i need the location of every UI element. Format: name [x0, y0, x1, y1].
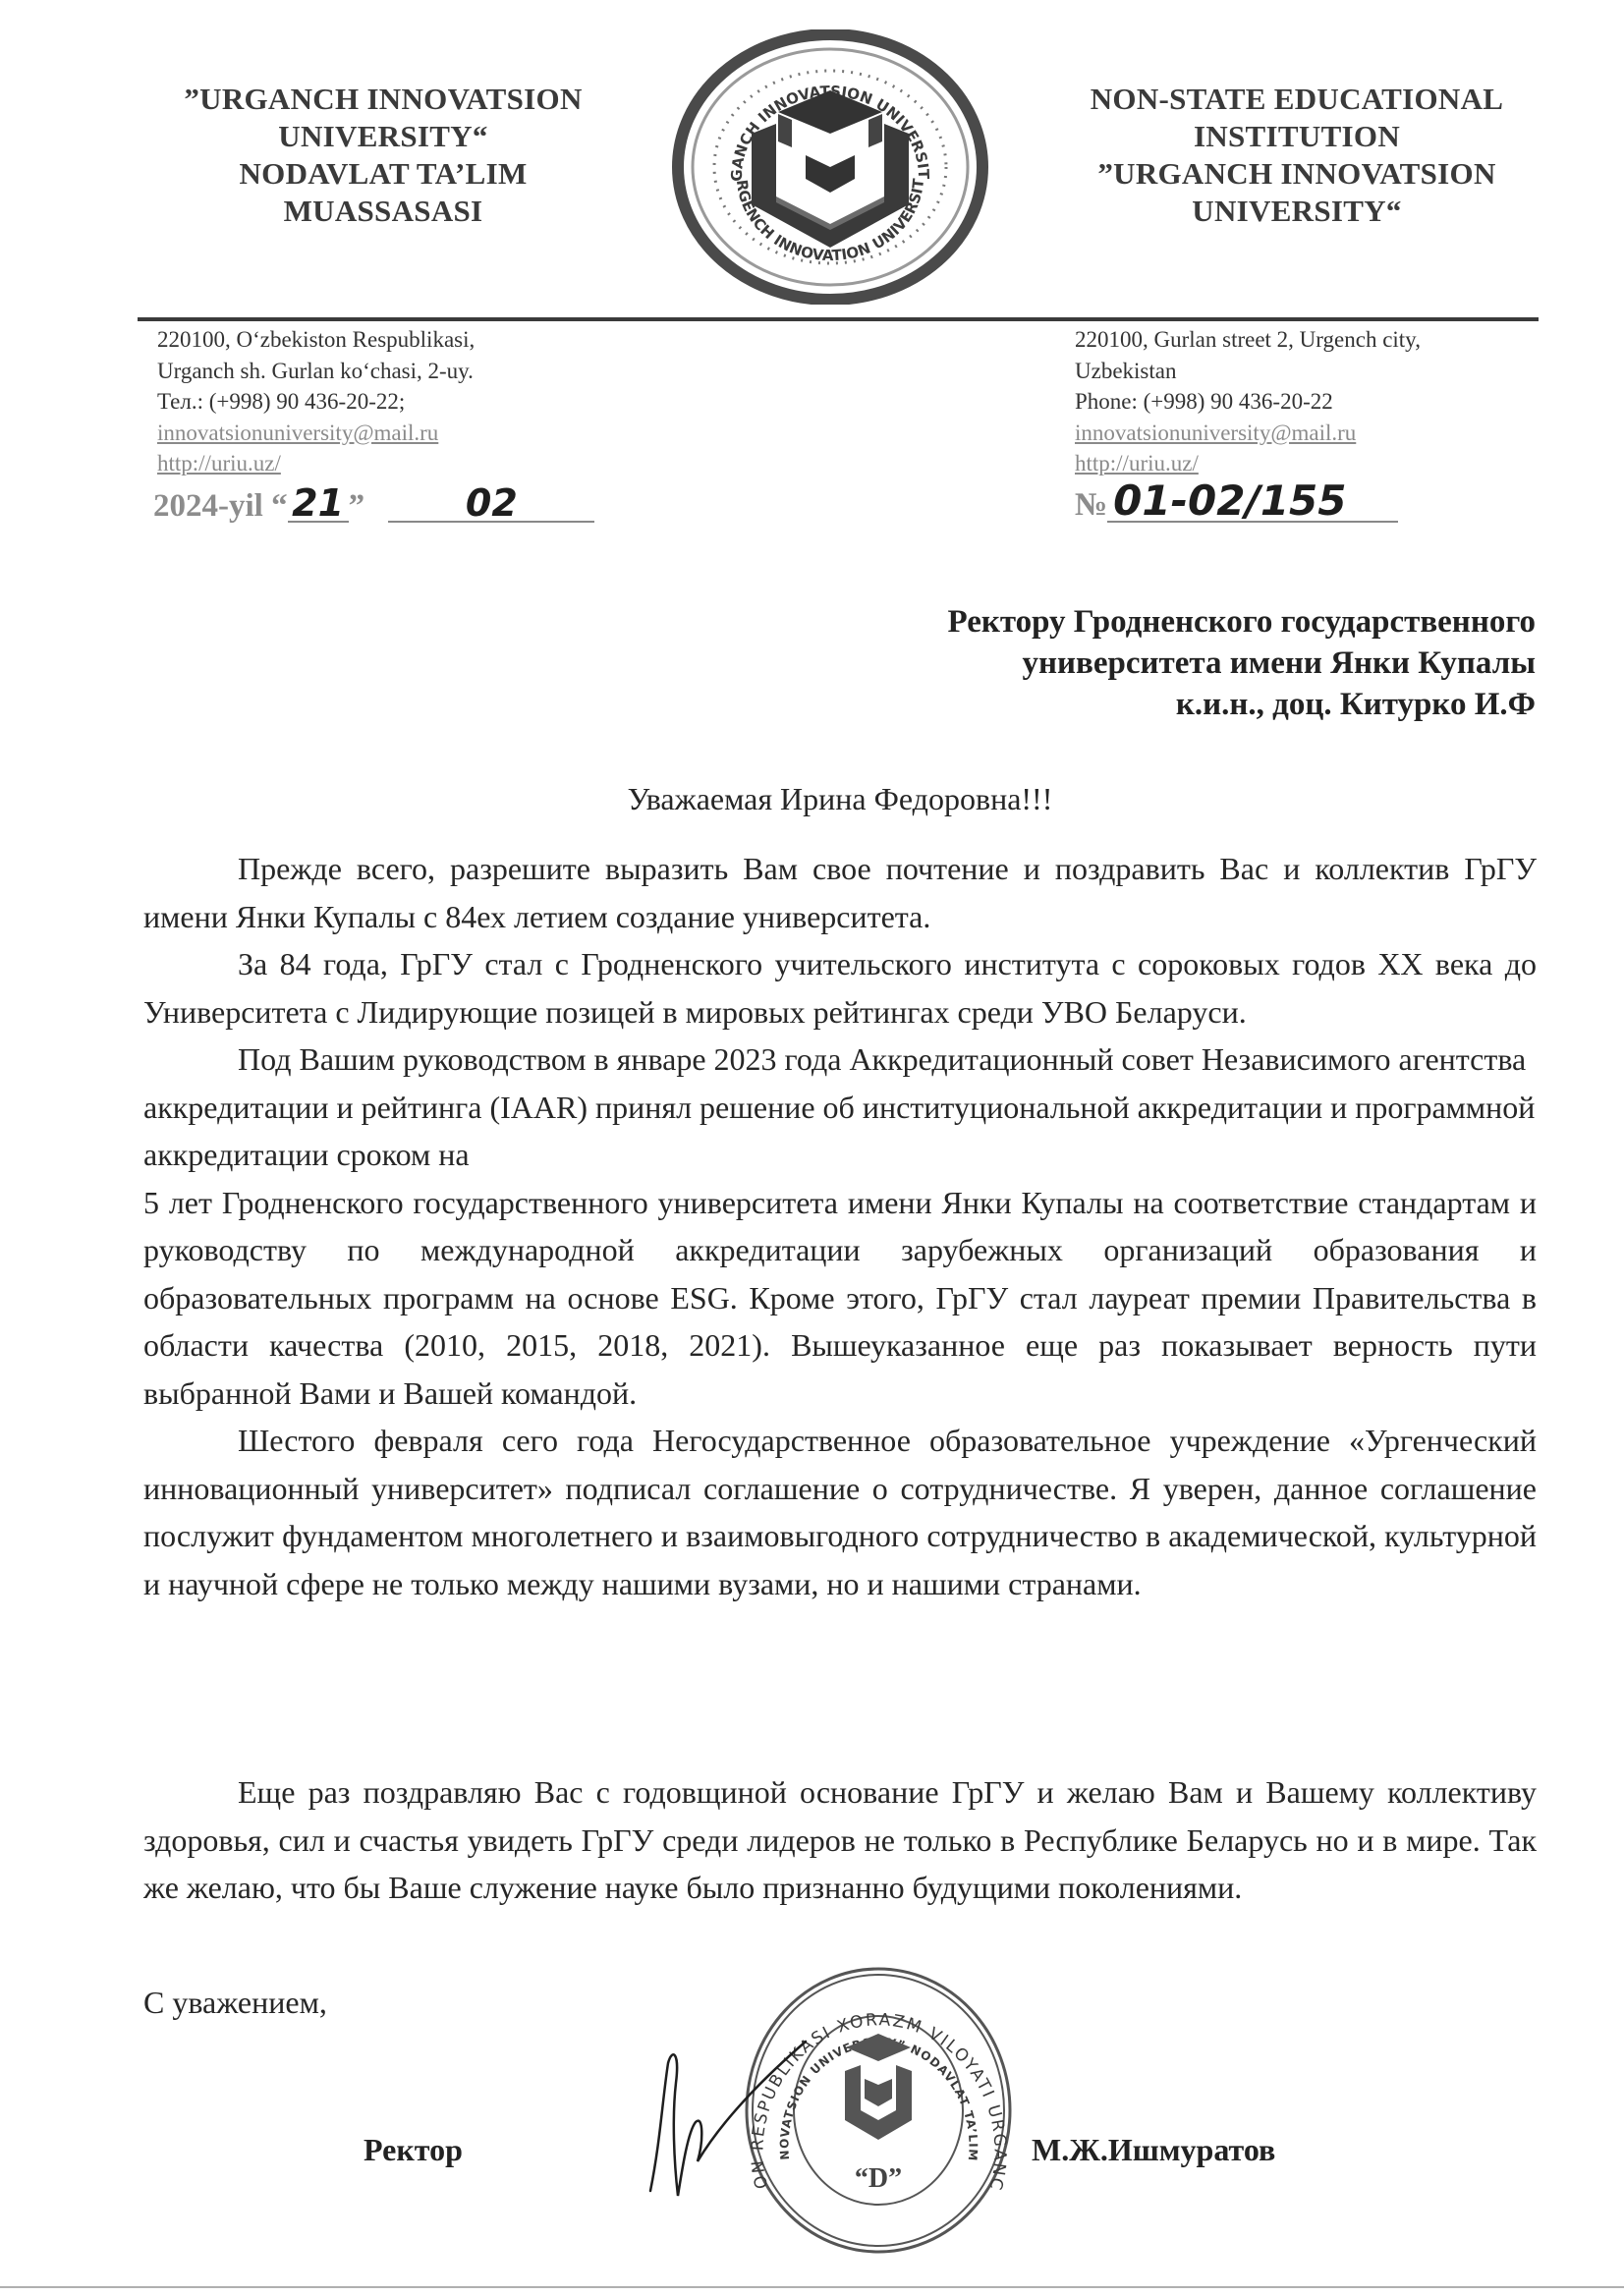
letterhead-right-line: UNIVERSITY“ — [1041, 193, 1552, 230]
letter-body: Прежде всего, разрешите выразить Вам сво… — [143, 845, 1537, 1607]
page-bottom-edge — [0, 2286, 1624, 2288]
date-day: 21 — [288, 485, 349, 523]
paragraph: За 84 года, ГрГУ стал с Гродненского учи… — [143, 940, 1537, 1036]
paragraph: 5 лет Гродненского государственного унив… — [143, 1179, 1537, 1418]
letterhead-left-line: MUASSASASI — [138, 193, 629, 230]
reference-number: №01-02/155 — [1075, 481, 1398, 524]
email-link[interactable]: innovatsionuniversity@mail.ru — [157, 420, 438, 445]
website-link[interactable]: http://uriu.uz/ — [157, 451, 281, 476]
letterhead-left-line: NODAVLAT TA’LIM — [138, 155, 629, 193]
svg-text:“D”: “D” — [855, 2163, 902, 2194]
paragraph: Шестого февраля сего года Негосударствен… — [143, 1417, 1537, 1607]
letterhead-left-line: ”URGANCH INNOVATSION — [138, 81, 629, 118]
address-right: 220100, Gurlan street 2, Urgench city, U… — [1075, 324, 1546, 479]
closing: С уважением, — [143, 1985, 327, 2021]
letter-body-closing-paragraph: Еще раз поздравляю Вас с годовщиной осно… — [143, 1768, 1537, 1912]
address-line: Urganch sh. Gurlan ko‘chasi, 2-uy. — [157, 356, 668, 387]
date-month: 02 — [388, 485, 594, 523]
signatory-name: М.Ж.Ишмуратов — [1032, 2132, 1275, 2168]
letterhead-right-line: INSTITUTION — [1041, 118, 1552, 155]
paragraph: Еще раз поздравляю Вас с годовщиной осно… — [143, 1768, 1537, 1912]
letterhead-right-line: NON-STATE EDUCATIONAL — [1041, 81, 1552, 118]
reference-value: 01-02/155 — [1107, 481, 1398, 523]
letterhead-right-line: ”URGANCH INNOVATSION — [1041, 155, 1552, 193]
website-link[interactable]: http://uriu.uz/ — [1075, 451, 1199, 476]
addressee-line: университета имени Янки Купалы — [947, 643, 1536, 684]
addressee-line: Ректору Гродненского государственного — [947, 601, 1536, 643]
paragraph: Прежде всего, разрешите выразить Вам сво… — [143, 845, 1537, 940]
university-emblem-icon: URGANCH INNOVATSION UNIVERSITETI URGENCH… — [668, 29, 992, 305]
phone: Phone: (+998) 90 436-20-22 — [1075, 386, 1546, 418]
phone: Тел.: (+998) 90 436-20-22; — [157, 386, 668, 418]
paragraph: Под Вашим руководством в январе 2023 год… — [143, 1036, 1537, 1179]
addressee-block: Ректору Гродненского государственного ун… — [947, 601, 1536, 725]
email-link[interactable]: innovatsionuniversity@mail.ru — [1075, 420, 1356, 445]
letterhead-left-title: ”URGANCH INNOVATSION UNIVERSITY“ NODAVLA… — [138, 81, 629, 230]
date-line: 2024-yil “21” 02 — [153, 485, 594, 525]
address-left: 220100, O‘zbekiston Respublikasi, Urganc… — [157, 324, 668, 479]
address-line: Uzbekistan — [1075, 356, 1546, 387]
year-label: 2024-yil — [153, 488, 263, 524]
handwritten-signature-icon — [639, 2024, 815, 2211]
signatory-title: Ректор — [364, 2132, 463, 2168]
addressee-line: к.и.н., доц. Китурко И.Ф — [947, 684, 1536, 725]
salutation: Уважаемая Ирина Федоровна!!! — [143, 781, 1537, 817]
address-line: 220100, O‘zbekiston Respublikasi, — [157, 324, 668, 356]
number-sign: № — [1075, 487, 1107, 523]
letterhead-left-line: UNIVERSITY“ — [138, 118, 629, 155]
open-quote: “ — [271, 488, 288, 524]
letterhead-right-title: NON-STATE EDUCATIONAL INSTITUTION ”URGAN… — [1041, 81, 1552, 230]
address-line: 220100, Gurlan street 2, Urgench city, — [1075, 324, 1546, 356]
close-quote: ” — [349, 488, 365, 524]
letterhead-divider — [138, 317, 1539, 321]
